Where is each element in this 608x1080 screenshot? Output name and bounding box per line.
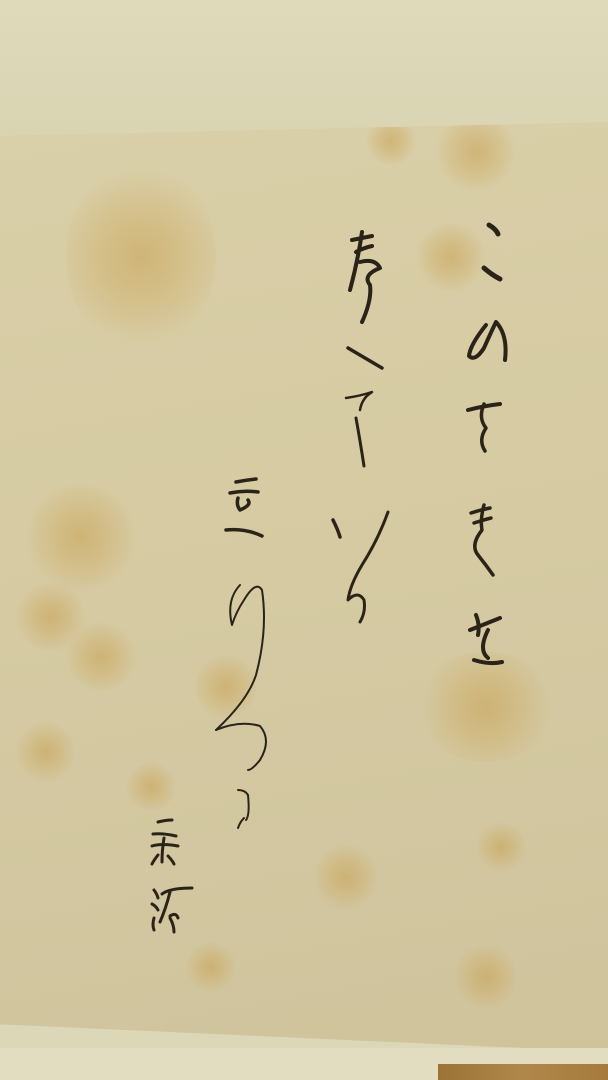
- column-3-ink: [216, 479, 266, 828]
- column-1-ink: [468, 225, 506, 663]
- calligraphy-ink: [0, 0, 608, 1080]
- signature-ink: [152, 820, 192, 932]
- column-2-ink: [333, 232, 388, 622]
